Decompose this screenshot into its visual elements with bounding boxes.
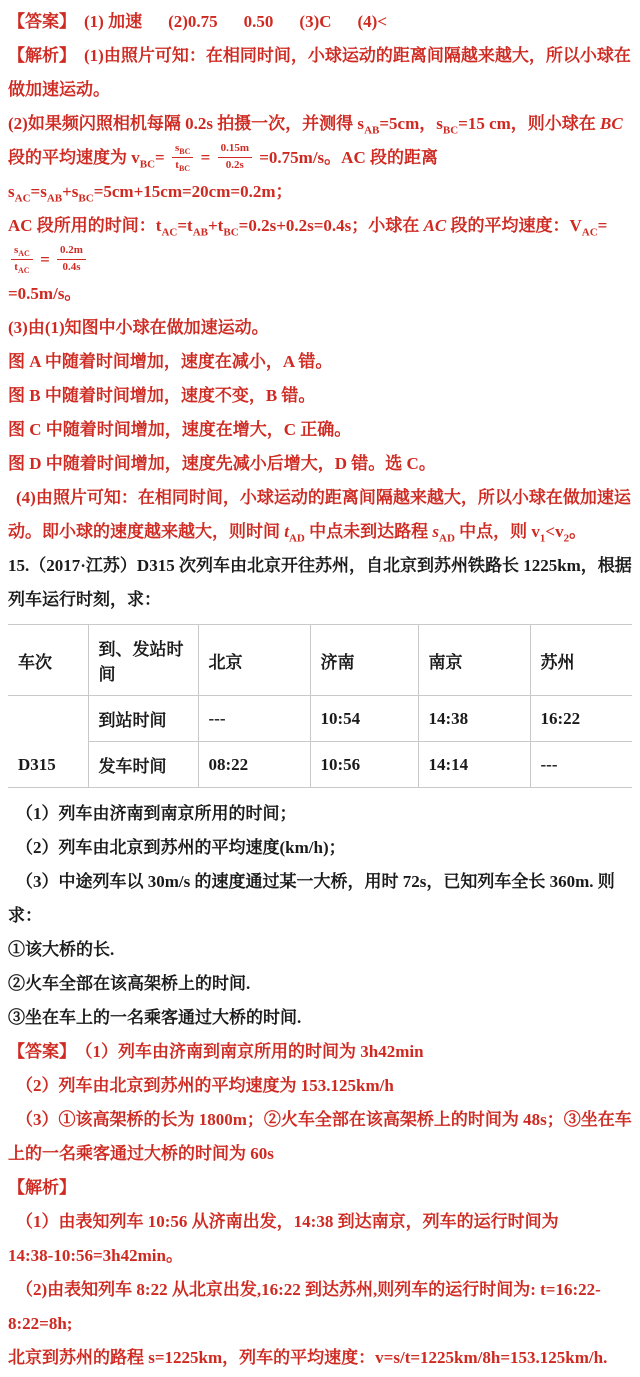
cell-arrival-suzhou: 16:22 xyxy=(530,696,632,742)
col-time-type: 到、发站时间 xyxy=(88,625,198,696)
timetable-header-row: 车次 到、发站时间 北京 济南 南京 苏州 xyxy=(8,625,632,696)
document-page: 【答案】(1) 加速(2)0.750.50(3)C(4)< 【解析】(1)由照片… xyxy=(0,0,640,1377)
q15-analysis-p3: （2)由表知列车 8:22 从北京出发,16:22 到达苏州,则列车的运行时间为… xyxy=(8,1273,632,1341)
q14-analysis-p3: AC 段所用的时间：tAC=tAB+tBC=0.2s+0.2s=0.4s；小球在… xyxy=(8,209,632,277)
q15-analysis-p1: （1）由表知列车 10:56 从济南出发，14:38 到达南京，列车的运行时间为 xyxy=(8,1205,632,1239)
cell-departure-jinan: 10:56 xyxy=(310,742,418,788)
col-jinan: 济南 xyxy=(310,625,418,696)
timetable-departure-row: 发车时间 08:22 10:56 14:14 --- xyxy=(8,742,632,788)
train-timetable: 车次 到、发站时间 北京 济南 南京 苏州 D315 到站时间 --- 10:5… xyxy=(8,624,632,788)
q14-analysis-p4: =0.5m/s。 xyxy=(8,277,632,311)
cell-train-no: D315 xyxy=(8,696,88,788)
q15-question-3a: ①该大桥的长. xyxy=(8,933,632,967)
q15-answer-2: （2）列车由北京到苏州的平均速度为 153.125km/h xyxy=(8,1069,632,1103)
fraction-sbc-over-tbc: sBCtBC xyxy=(172,142,193,173)
q14-answer-item-1: (1) 加速 xyxy=(84,5,142,39)
q14-analysis-fig-d: 图 D 中随着时间增加，速度先减小后增大，D 错。选 C。 xyxy=(8,447,632,481)
cell-departure-suzhou: --- xyxy=(530,742,632,788)
q15-answer-1: 【答案】（1）列车由济南到南京所用的时间为 3h42min xyxy=(8,1035,632,1069)
timetable-arrival-row: D315 到站时间 --- 10:54 14:38 16:22 xyxy=(8,696,632,742)
analysis-label: 【解析】 xyxy=(8,46,76,65)
col-beijing: 北京 xyxy=(198,625,310,696)
q15-analysis-p4: 北京到苏州的路程 s=1225km，列车的平均速度：v=s/t=1225km/8… xyxy=(8,1341,632,1375)
q14-answer-item-5: (4)< xyxy=(358,5,388,39)
q15-question-3b: ②火车全部在该高架桥上的时间. xyxy=(8,967,632,1001)
q14-analysis-fig-a: 图 A 中随着时间增加，速度在减小，A 错。 xyxy=(8,345,632,379)
q14-analysis-fig-b: 图 B 中随着时间增加，速度不变，B 错。 xyxy=(8,379,632,413)
cell-departure-nanjing: 14:14 xyxy=(418,742,530,788)
cell-departure-beijing: 08:22 xyxy=(198,742,310,788)
q15-stem: 15.（2017·江苏）D315 次列车由北京开往苏州，自北京到苏州铁路长 12… xyxy=(8,549,632,617)
q15-analysis-label: 【解析】 xyxy=(8,1171,632,1205)
q15-answer-3: （3）①该高架桥的长为 1800m；②火车全部在该高架桥上的时间为 48s；③坐… xyxy=(8,1103,632,1171)
q14-answer-line: 【答案】(1) 加速(2)0.750.50(3)C(4)< xyxy=(8,5,632,39)
q14-analysis-p5: (3)由(1)知图中小球在做加速运动。 xyxy=(8,311,632,345)
fraction-sac-over-tac: sACtAC xyxy=(11,244,33,275)
col-nanjing: 南京 xyxy=(418,625,530,696)
q15-question-2: （2）列车由北京到苏州的平均速度(km/h)； xyxy=(8,831,632,865)
q14-analysis-p2: (2)如果频闪照相机每隔 0.2s 拍摄一次，并测得 sAB=5cm，sBC=1… xyxy=(8,107,632,209)
col-suzhou: 苏州 xyxy=(530,625,632,696)
fraction-02m-over-04s: 0.2m0.4s xyxy=(57,244,86,275)
q15-analysis-p2: 14:38-10:56=3h42min。 xyxy=(8,1239,632,1273)
q15-question-3: （3）中途列车以 30m/s 的速度通过某一大桥，用时 72s，已知列车全长 3… xyxy=(8,865,632,933)
col-train-no: 车次 xyxy=(8,625,88,696)
cell-arrival-beijing: --- xyxy=(198,696,310,742)
q14-analysis-p10: (4)由照片可知：在相同时间，小球运动的距离间隔越来越大，所以小球在做加速运动。… xyxy=(8,481,632,549)
q15-question-1: （1）列车由济南到南京所用的时间； xyxy=(8,797,632,831)
q14-answer-item-2: (2)0.75 xyxy=(168,5,218,39)
q14-answer-item-4: (3)C xyxy=(299,5,331,39)
cell-arrival-jinan: 10:54 xyxy=(310,696,418,742)
answer-label: 【答案】 xyxy=(8,12,76,31)
q14-analysis-fig-c: 图 C 中随着时间增加，速度在增大，C 正确。 xyxy=(8,413,632,447)
q15-question-3c: ③坐在车上的一名乘客通过大桥的时间. xyxy=(8,1001,632,1035)
cell-departure-label: 发车时间 xyxy=(88,742,198,788)
q14-answer-item-3: 0.50 xyxy=(244,5,274,39)
q14-analysis-p1: 【解析】(1)由照片可知：在相同时间，小球运动的距离间隔越来越大，所以小球在做加… xyxy=(8,39,632,107)
fraction-015m-over-02s: 0.15m0.2s xyxy=(218,142,252,173)
cell-arrival-nanjing: 14:38 xyxy=(418,696,530,742)
answer-label: 【答案】 xyxy=(8,1042,76,1061)
cell-arrival-label: 到站时间 xyxy=(88,696,198,742)
